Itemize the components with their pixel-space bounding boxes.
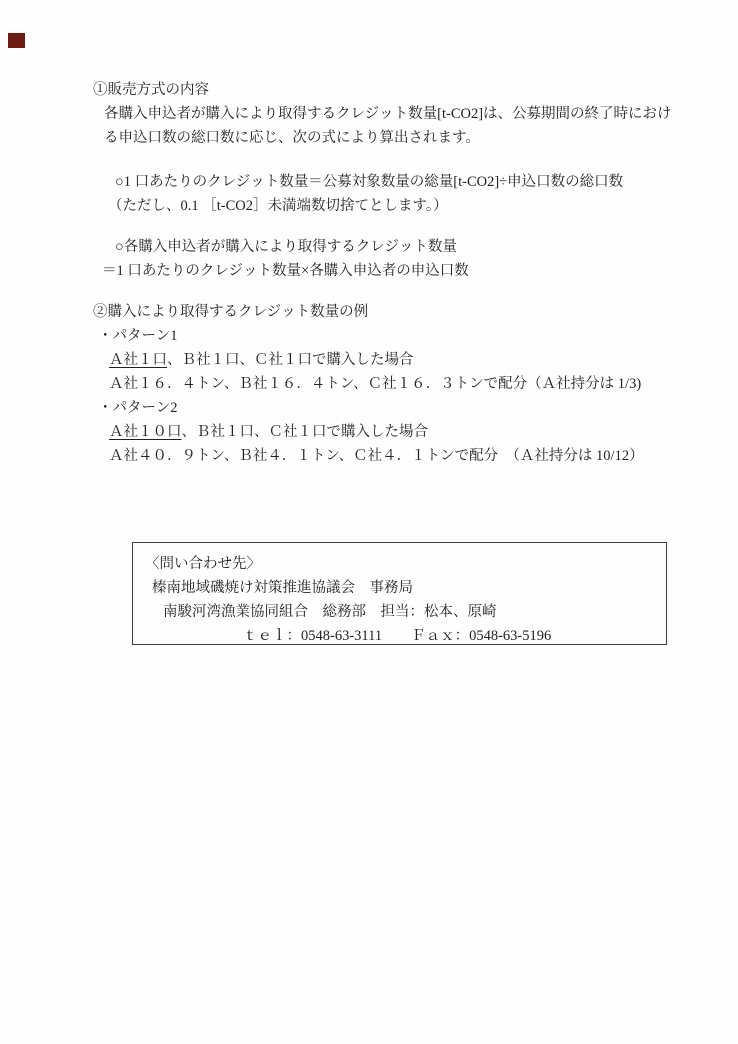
pattern2-case-underlined: Ａ社１０口: [109, 424, 182, 440]
formula-acquired-line2: ＝1 口あたりのクレジット数量×各購入申込者の申込口数: [102, 259, 693, 283]
contact-tel-fax: ｔｅｌ：0548-63-3111 Ｆａｘ：0548-63-5196: [243, 624, 666, 648]
document-page: ①販売方式の内容 各購入申込者が購入により取得するクレジット数量[t-CO2]は…: [0, 0, 738, 1044]
section1-paragraph-line2: る申込口数の総口数に応じ、次の式により算出されます。: [104, 126, 693, 150]
contact-info-box: 〈問い合わせ先〉 榛南地域磯焼け対策推進協議会 事務局 南駿河湾漁業協同組合 総…: [132, 542, 667, 645]
contact-organization: 榛南地域磯焼け対策推進協議会 事務局: [152, 576, 666, 600]
section1-heading: ①販売方式の内容: [93, 78, 693, 102]
section1-paragraph-line1: 各購入申込者が購入により取得するクレジット数量[t-CO2]は、公募期間の終了時…: [104, 102, 693, 126]
formula-acquired-line1: ○各購入申込者が購入により取得するクレジット数量: [115, 235, 693, 259]
document-content: ①販売方式の内容 各購入申込者が購入により取得するクレジット数量[t-CO2]は…: [93, 78, 693, 645]
pattern1-bullet: ・パターン1: [98, 324, 693, 348]
pattern2-result: Ａ社４０．９トン、Ｂ社４．１トン、Ｃ社４．１トンで配分 （Ａ社持分は 10/12…: [109, 444, 693, 468]
contact-department: 南駿河湾漁業協同組合 総務部 担当：松本、原崎: [163, 600, 666, 624]
pattern1-case-underlined: Ａ社１口: [109, 352, 167, 368]
formula-per-unit-line1: ○1 口あたりのクレジット数量＝公募対象数量の総量[t-CO2]÷申込口数の総口…: [115, 170, 693, 194]
scan-artifact-mark: [8, 33, 25, 48]
formula-per-unit-line2: （ただし、0.1 ［t-CO2］未満端数切捨てとします。）: [108, 194, 693, 218]
pattern2-case: Ａ社１０口、Ｂ社１口、Ｃ社１口で購入した場合: [109, 420, 693, 444]
pattern1-case-rest: 、Ｂ社１口、Ｃ社１口で購入した場合: [167, 352, 414, 368]
section2-heading: ②購入により取得するクレジット数量の例: [93, 300, 693, 324]
pattern2-bullet: ・パターン2: [98, 396, 693, 420]
pattern1-result: Ａ社１６．４トン、Ｂ社１６．４トン、Ｃ社１６．３トンで配分（Ａ社持分は 1/3): [109, 372, 693, 396]
contact-title: 〈問い合わせ先〉: [145, 552, 666, 576]
pattern1-case: Ａ社１口、Ｂ社１口、Ｃ社１口で購入した場合: [109, 348, 693, 372]
pattern2-case-rest: 、Ｂ社１口、Ｃ社１口で購入した場合: [182, 424, 429, 440]
